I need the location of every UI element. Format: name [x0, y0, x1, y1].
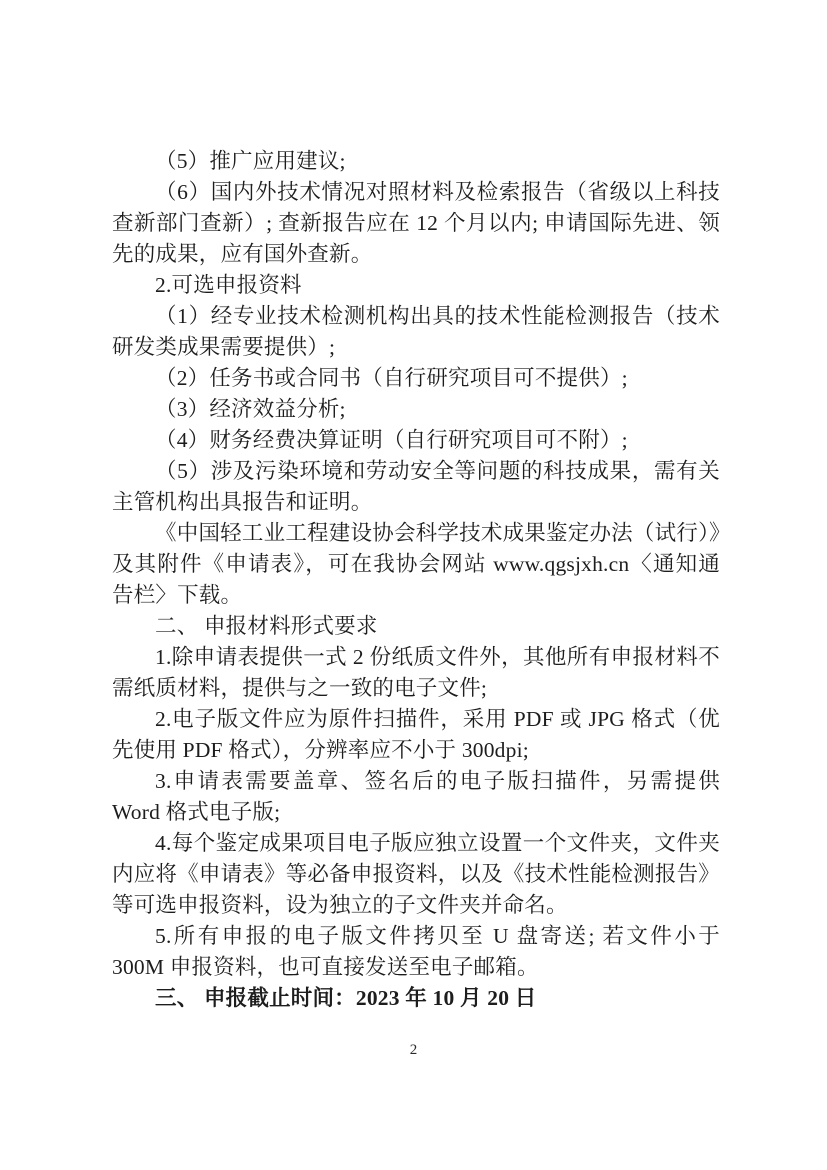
- paragraph: 2.电子版文件应为原件扫描件，采用 PDF 或 JPG 格式（优先使用 PDF …: [112, 704, 720, 766]
- paragraph: 三、 申报截止时间：2023 年 10 月 20 日: [112, 983, 720, 1014]
- paragraph: （5）涉及污染环境和劳动安全等问题的科技成果，需有关主管机构出具报告和证明。: [112, 456, 720, 518]
- paragraph: （4）财务经费决算证明（自行研究项目可不附）;: [112, 425, 720, 456]
- document-page: （5）推广应用建议;（6）国内外技术情况对照材料及检索报告（省级以上科技查新部门…: [0, 0, 827, 1170]
- paragraph: （1）经专业技术检测机构出具的技术性能检测报告（技术研发类成果需要提供）;: [112, 301, 720, 363]
- paragraph: 3.申请表需要盖章、签名后的电子版扫描件，另需提供 Word 格式电子版;: [112, 766, 720, 828]
- paragraph: 4.每个鉴定成果项目电子版应独立设置一个文件夹，文件夹内应将《申请表》等必备申报…: [112, 828, 720, 921]
- paragraph: （2）任务书或合同书（自行研究项目可不提供）;: [112, 363, 720, 394]
- paragraph: 二、 申报材料形式要求: [112, 611, 720, 642]
- paragraph: （6）国内外技术情况对照材料及检索报告（省级以上科技查新部门查新）; 查新报告应…: [112, 177, 720, 270]
- document-body: （5）推广应用建议;（6）国内外技术情况对照材料及检索报告（省级以上科技查新部门…: [112, 146, 720, 1014]
- paragraph: （5）推广应用建议;: [112, 146, 720, 177]
- page-number: 2: [0, 1040, 827, 1060]
- paragraph: 2.可选申报资料: [112, 270, 720, 301]
- paragraph: 《中国轻工业工程建设协会科学技术成果鉴定办法（试行）》及其附件《申请表》，可在我…: [112, 518, 720, 611]
- paragraph: （3）经济效益分析;: [112, 394, 720, 425]
- paragraph: 5.所有申报的电子版文件拷贝至 U 盘寄送; 若文件小于 300M 申报资料，也…: [112, 921, 720, 983]
- paragraph: 1.除申请表提供一式 2 份纸质文件外，其他所有申报材料不需纸质材料，提供与之一…: [112, 642, 720, 704]
